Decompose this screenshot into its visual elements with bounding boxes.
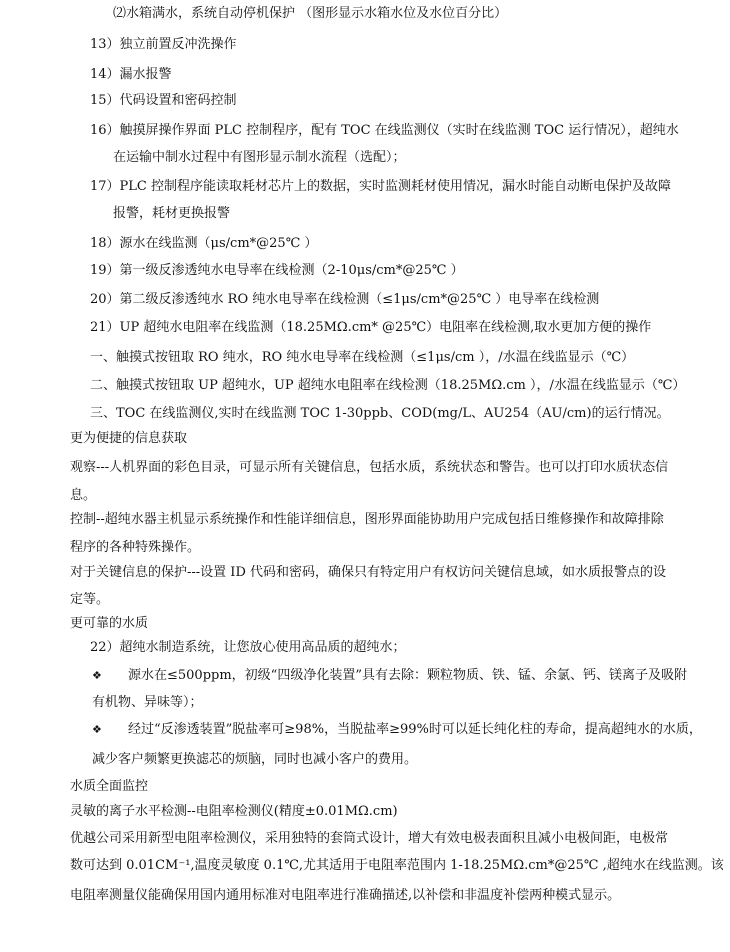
cn-list-item-3: 三、TOC 在线监测仪,实时在线监测 TOC 1-30ppb、COD(mg/L、… xyxy=(90,405,670,423)
cn-list-item-2: 二、触摸式按钮取 UP 超纯水，UP 超纯水电阻率在线检测（18.25MΩ.cm… xyxy=(90,377,685,395)
cn-list-text: TOC 在线监测仪,实时在线监测 TOC 1-30ppb、COD(mg/L、AU… xyxy=(116,406,670,421)
paragraph-resistivity-1: 优越公司采用新型电阻率检测仪，采用独特的套筒式设计，增大有效电极表面积且减小电极… xyxy=(70,830,668,848)
cn-list-marker: 三、 xyxy=(90,405,116,423)
section-heading-convenient-info: 更为便捷的信息获取 xyxy=(70,430,187,448)
paragraph-observe: 观察---人机界面的彩色目录，可显示所有关键信息，包括水质，系统状态和警告。也可… xyxy=(70,459,668,477)
bullet-item-reverse-osmosis: ❖经过“反渗透装置”脱盐率可≥98%，当脱盐率≥99%时可以延长纯化柱的寿命，提… xyxy=(92,721,702,739)
subheading-resistivity-meter: 灵敏的离子水平检测--电阻率检测仪(精度±0.01MΩ.cm) xyxy=(70,803,398,821)
diamond-bullet-icon: ❖ xyxy=(92,721,128,739)
list-item-13: 13）独立前置反冲洗操作 xyxy=(90,36,237,54)
diamond-bullet-icon: ❖ xyxy=(92,667,128,685)
section-heading-reliable-quality: 更可靠的水质 xyxy=(70,615,148,633)
list-item-21: 21）UP 超纯水电阻率在线监测（18.25MΩ.cm* @25℃）电阻率在线检… xyxy=(90,319,651,337)
list-item-18: 18）源水在线监测（μs/cm*@25℃ ） xyxy=(90,235,317,253)
sub-item-2-tank-full: ⑵水箱满水，系统自动停机保护 （图形显示水箱水位及水位百分比） xyxy=(113,5,507,23)
list-item-20: 20）第二级反渗透纯水 RO 纯水电导率在线检测（≤1μs/cm*@25℃ ）电… xyxy=(90,291,599,309)
bullet-item-source-water: ❖源水在≤500ppm，初级“四级净化装置”具有去除：颗粒物质、铁、锰、余氯、钙… xyxy=(92,667,687,685)
bullet-text: 源水在≤500ppm，初级“四级净化装置”具有去除：颗粒物质、铁、锰、余氯、钙、… xyxy=(128,668,687,683)
paragraph-control-continued: 程序的各种特殊操作。 xyxy=(70,539,200,557)
cn-list-marker: 一、 xyxy=(90,349,116,367)
cn-list-text: 触摸式按钮取 RO 纯水，RO 纯水电导率在线检测（≤1μs/cm ），/水温在… xyxy=(116,350,634,365)
document-page: ⑵水箱满水，系统自动停机保护 （图形显示水箱水位及水位百分比） 13）独立前置反… xyxy=(0,0,730,952)
paragraph-observe-continued: 息。 xyxy=(70,487,96,505)
bullet-text: 经过“反渗透装置”脱盐率可≥98%，当脱盐率≥99%时可以延长纯化柱的寿命，提高… xyxy=(128,722,702,737)
list-item-17-continued: 报警，耗材更换报警 xyxy=(113,205,230,223)
bullet-item-reverse-osmosis-continued: 减少客户频繁更换滤芯的烦脑，同时也减小客户的费用。 xyxy=(92,751,417,769)
list-item-17: 17）PLC 控制程序能读取耗材芯片上的数据，实时监测耗材使用情况，漏水时能自动… xyxy=(90,178,671,196)
cn-list-item-1: 一、触摸式按钮取 RO 纯水，RO 纯水电导率在线检测（≤1μs/cm ），/水… xyxy=(90,349,634,367)
cn-list-text: 触摸式按钮取 UP 超纯水，UP 超纯水电阻率在线检测（18.25MΩ.cm ）… xyxy=(116,378,685,393)
bullet-item-source-water-continued: 有机物、异味等）； xyxy=(92,694,203,712)
cn-list-marker: 二、 xyxy=(90,377,116,395)
paragraph-protection-continued: 定等。 xyxy=(70,591,109,609)
list-item-15: 15）代码设置和密码控制 xyxy=(90,92,237,110)
list-item-16: 16）触摸屏操作界面 PLC 控制程序，配有 TOC 在线监测仪（实时在线监测 … xyxy=(90,122,679,140)
list-item-22: 22）超纯水制造系统，让您放心使用高品质的超纯水； xyxy=(90,639,406,657)
paragraph-protection: 对于关键信息的保护---设置 ID 代码和密码，确保只有特定用户有权访问关键信息… xyxy=(70,564,666,582)
paragraph-control: 控制--超纯水器主机显示系统操作和性能详细信息，图形界面能协助用户完成包括日维修… xyxy=(70,511,664,529)
list-item-14: 14）漏水报警 xyxy=(90,66,172,84)
list-item-16-continued: 在运输中制水过程中有图形显示制水流程（选配）； xyxy=(113,149,406,167)
list-item-19: 19）第一级反渗透纯水电导率在线检测（2-10μs/cm*@25℃ ） xyxy=(90,262,464,280)
paragraph-resistivity-2: 数可达到 0.01CM⁻¹,温度灵敏度 0.1℃,尤其适用于电阻率范围内 1-1… xyxy=(70,857,724,875)
paragraph-resistivity-3: 电阻率测量仪能确保用国内通用标准对电阻率进行准确描述,以补偿和非温度补偿两种模式… xyxy=(70,887,620,905)
section-heading-quality-monitoring: 水质全面监控 xyxy=(70,778,148,796)
